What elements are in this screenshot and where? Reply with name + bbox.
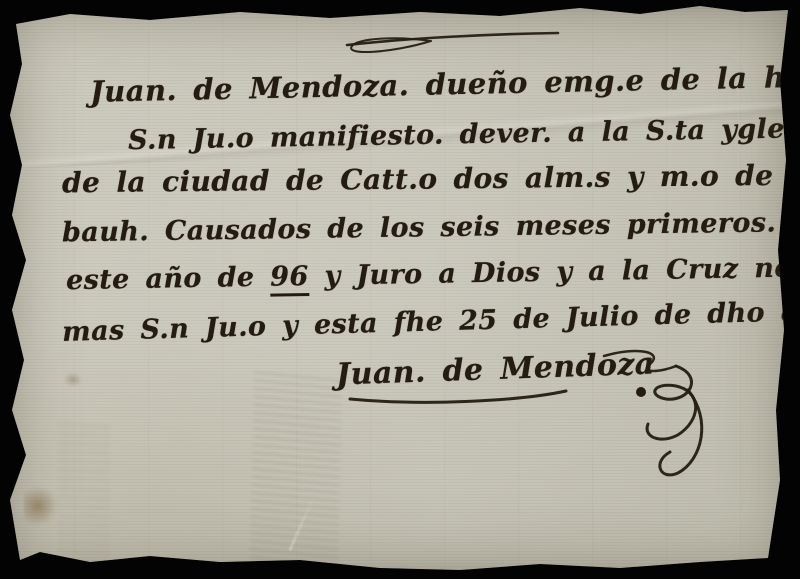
signature-underline [350, 391, 566, 402]
edge-stain [24, 486, 58, 526]
manuscript-paper: Juan. de Mendoza. dueño emg.e de la haz.… [0, 0, 800, 579]
line-5-text: y Juro a Dios y a la Cruz no dever [308, 251, 800, 292]
handwritten-line-3: de la ciudad de Catt.o dos alm.s y m.o d… [62, 158, 800, 200]
handwritten-line-6: mas S.n Ju.o y esta fhe 25 de Julio de d… [62, 295, 800, 348]
small-stain [64, 372, 82, 387]
top-cross-flourish-line [347, 33, 558, 45]
ink-bleed-through-smudge [58, 420, 110, 570]
top-cross-flourish-loop [351, 38, 431, 52]
handwritten-line-4: bauh. Causados de los seis meses primero… [62, 207, 800, 249]
handwritten-line-5: este año de 96 y Juro a Dios y a la Cruz… [66, 251, 800, 296]
signature: Juan. de Mendoza [335, 346, 655, 392]
handwritten-line-1: Juan. de Mendoza. dueño emg.e de la haz.… [90, 57, 800, 109]
photo-background: Juan. de Mendoza. dueño emg.e de la haz.… [0, 0, 800, 579]
ink-bleed-through-smudge [249, 371, 342, 568]
line-5-text: este año de [66, 262, 271, 297]
ink-blot [636, 387, 646, 397]
signature-rubric-descender [660, 390, 702, 475]
underlined-year: 96 [270, 261, 309, 297]
